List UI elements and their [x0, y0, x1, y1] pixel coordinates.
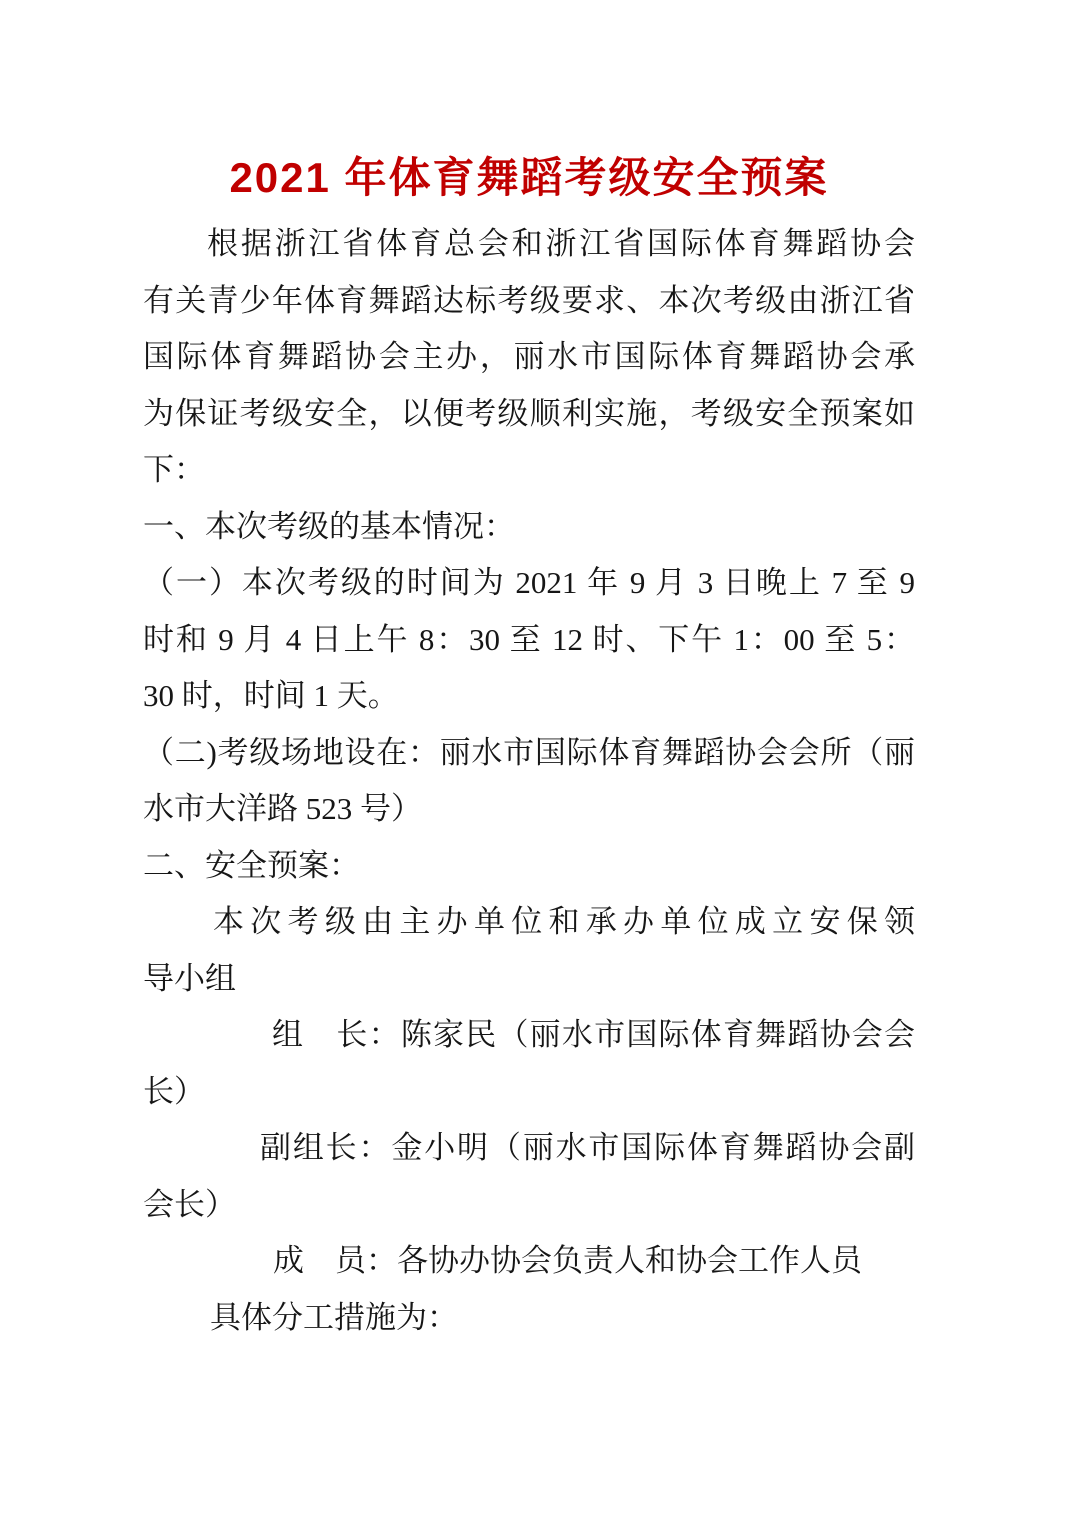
document-content: 2021 年体育舞蹈考级安全预案 根据浙江省体育总会和浙江省国际体育舞蹈协会有关… — [143, 150, 915, 1346]
text-line: （一）本次考级的时间为 2021 年 9 月 3 日晚上 7 至 9 — [143, 555, 915, 612]
text-line: 二、安全预案： — [143, 838, 915, 895]
text-line: 副组长：金小明（丽水市国际体育舞蹈协会副 — [143, 1120, 915, 1177]
document-page: 2021 年体育舞蹈考级安全预案 根据浙江省体育总会和浙江省国际体育舞蹈协会有关… — [0, 0, 1080, 1527]
text-line: 时和 9 月 4 日上午 8：30 至 12 时、下午 1：00 至 5： — [143, 612, 915, 669]
text-line: 根据浙江省体育总会和浙江省国际体育舞蹈协会 — [143, 216, 915, 273]
text-line: 长） — [143, 1064, 915, 1121]
text-line: 会长） — [143, 1177, 915, 1234]
text-line: 导小组 — [143, 951, 915, 1008]
text-line: 本次考级由主办单位和承办单位成立安保领 — [143, 894, 915, 951]
text-line: 30 时，时间 1 天。 — [143, 668, 915, 725]
text-line: 一、本次考级的基本情况： — [143, 499, 915, 556]
text-line: 具体分工措施为： — [143, 1290, 915, 1347]
text-line: 下： — [143, 442, 915, 499]
text-line: 组 长：陈家民（丽水市国际体育舞蹈协会会 — [143, 1007, 915, 1064]
document-title: 2021 年体育舞蹈考级安全预案 — [143, 150, 915, 206]
text-line: 成 员：各协办协会负责人和协会工作人员 — [143, 1233, 915, 1290]
text-line: 国际体育舞蹈协会主办，丽水市国际体育舞蹈协会承办， — [143, 329, 915, 386]
text-line: 为保证考级安全，以便考级顺利实施，考级安全预案如 — [143, 386, 915, 443]
document-body: 根据浙江省体育总会和浙江省国际体育舞蹈协会有关青少年体育舞蹈达标考级要求、本次考… — [143, 216, 915, 1346]
text-line: （二)考级场地设在：丽水市国际体育舞蹈协会会所（丽 — [143, 725, 915, 782]
text-line: 有关青少年体育舞蹈达标考级要求、本次考级由浙江省 — [143, 273, 915, 330]
text-line: 水市大洋路 523 号） — [143, 781, 915, 838]
